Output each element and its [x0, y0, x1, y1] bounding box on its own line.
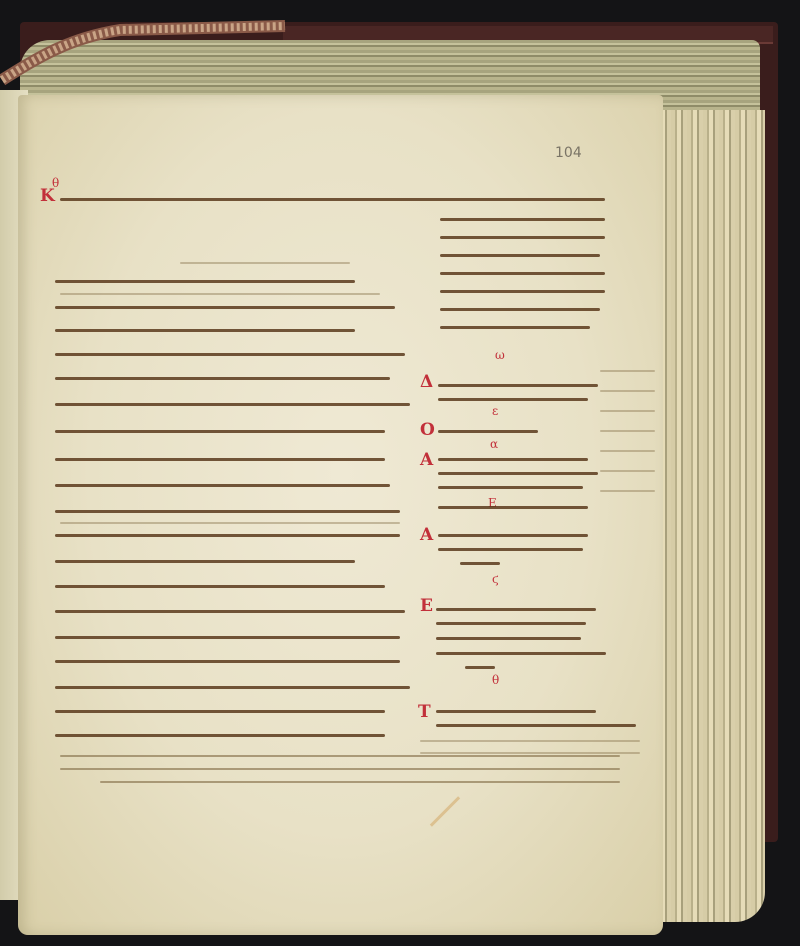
- margin-note: [600, 390, 655, 392]
- scholia-line: [436, 637, 581, 640]
- scholia-line: [465, 666, 495, 669]
- scholia-line: [440, 290, 605, 293]
- scholia-line: [438, 430, 538, 433]
- scholia-line: [436, 652, 606, 655]
- text-line: [55, 686, 410, 689]
- rubric-numeral: ϛ: [492, 572, 499, 586]
- gloss-line: [420, 752, 640, 754]
- text-line: [55, 534, 400, 537]
- scholia-line: [436, 608, 596, 611]
- text-line: [55, 560, 355, 563]
- scholia-line: [438, 534, 588, 537]
- rubric-numeral: ω: [495, 348, 505, 362]
- text-line: [55, 280, 355, 283]
- scholia-line: [438, 384, 598, 387]
- text-line: [55, 734, 385, 737]
- scholia-line: [438, 486, 583, 489]
- bottom-note-line: [60, 755, 620, 757]
- rubric-initial: Ο: [420, 420, 435, 440]
- headband: [0, 16, 290, 86]
- rubric-initial: Δ: [420, 372, 433, 392]
- margin-note: [600, 370, 655, 372]
- gloss-line: [180, 262, 350, 264]
- folio-number: 104: [555, 145, 582, 161]
- scholia-line: [440, 236, 605, 239]
- text-line: [55, 353, 405, 356]
- rubric-numeral: θ: [492, 673, 499, 687]
- text-line: [55, 610, 405, 613]
- text-line: [55, 329, 355, 332]
- rubric-numeral: α: [490, 437, 498, 451]
- text-line: [55, 377, 390, 380]
- scholia-line: [440, 272, 605, 275]
- gloss-line: [60, 522, 400, 524]
- margin-note: [600, 450, 655, 452]
- scholia-line: [440, 218, 605, 221]
- scholia-line: [436, 622, 586, 625]
- scholia-line: [440, 326, 590, 329]
- text-line: [55, 403, 410, 406]
- scholia-line: [460, 562, 500, 565]
- bottom-note-line: [60, 768, 620, 770]
- scholia-line: [438, 458, 588, 461]
- rubric-initial: Α: [420, 450, 433, 470]
- text-line: [55, 458, 385, 461]
- bottom-note-line: [100, 781, 620, 783]
- text-line: [55, 636, 400, 639]
- scholia-line: [438, 506, 588, 509]
- text-line: [55, 430, 385, 433]
- scholia-line: [440, 308, 600, 311]
- gloss-line: [60, 293, 380, 295]
- rubric-initial: Τ: [418, 702, 431, 722]
- gloss-line: [420, 740, 640, 742]
- rubric-numeral: ε: [492, 404, 498, 418]
- text-line: [55, 660, 400, 663]
- rubric-numeral: θ: [52, 176, 59, 190]
- margin-note: [600, 430, 655, 432]
- text-line: [55, 306, 395, 309]
- scholia-line: [440, 254, 600, 257]
- scholia-line: [438, 548, 583, 551]
- scholia-line: [436, 710, 596, 713]
- rubric-initial: Α: [420, 525, 433, 545]
- scholia-line: [438, 398, 588, 401]
- rubric-initial: Ε: [420, 596, 433, 616]
- scholia-line: [436, 724, 636, 727]
- margin-note: [600, 490, 655, 492]
- manuscript-page: [18, 95, 663, 935]
- text-line: [55, 585, 385, 588]
- margin-note: [600, 470, 655, 472]
- text-line: [60, 198, 605, 201]
- text-line: [55, 484, 390, 487]
- text-line: [55, 510, 400, 513]
- page-stack-fore-edge: [655, 110, 765, 922]
- scholia-line: [438, 472, 598, 475]
- text-line: [55, 710, 385, 713]
- margin-note: [600, 410, 655, 412]
